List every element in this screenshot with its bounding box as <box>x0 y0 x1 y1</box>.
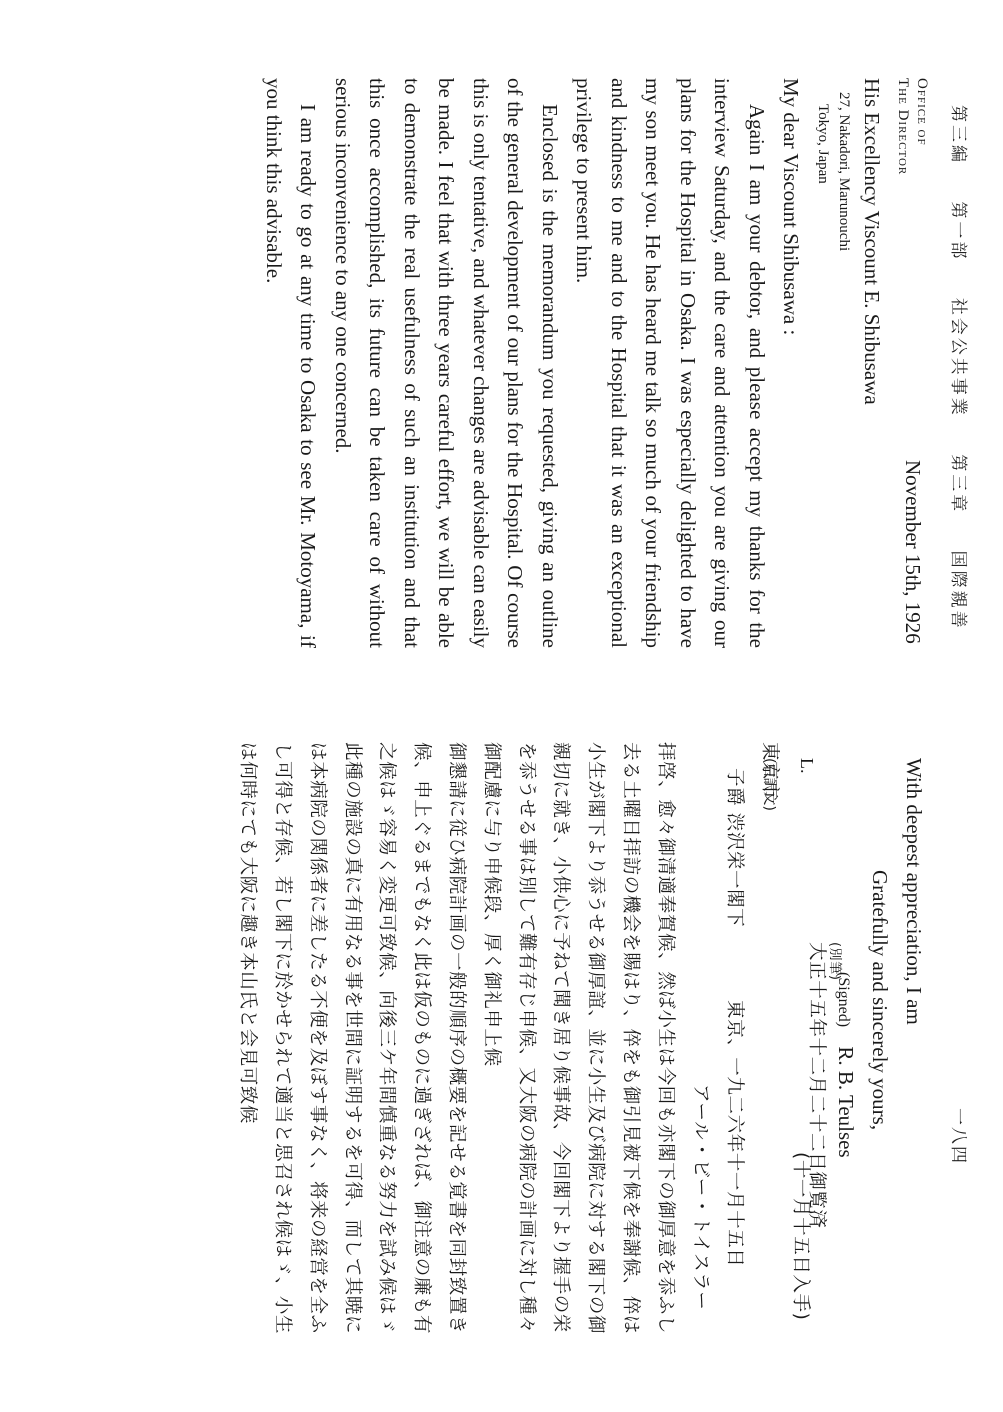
letter-paragraph-2: Enclosed is the memorandum you requested… <box>326 78 568 648</box>
translation-line: を忝うせる事は別して難有存じ申候、又大阪の病院の計画に対し種々 <box>508 742 543 1342</box>
running-head-part: 第三編 <box>948 105 968 165</box>
running-head-section: 第一部 <box>948 201 968 261</box>
translation-line: 之候はゞ容易く変更可致候、向後三ケ年間慎重なる努力を試み候はゞ <box>369 742 404 1342</box>
translation-line: 親切に就き、小供心に予ねて聞き居り候事故、今回閣下より握手の栄 <box>543 742 578 1342</box>
letterhead: Office of The Director <box>893 78 931 648</box>
page-number: 一八四 <box>948 1108 973 1165</box>
translation-body: 拝啓、愈々御清適奉賀候、然ば小生は今回も亦閣下の御厚意を忝ふし 去る土曜日拝訪の… <box>229 742 681 1342</box>
closing-line-1: With deepest appreciation, I am <box>897 758 931 1318</box>
running-head-topic: 国際親善 <box>948 551 968 631</box>
translation-line: 御懇請に従ひ病院計画の一般的順序の概要を記せる覚書を同封致置き <box>438 742 473 1342</box>
running-head: 第三編 第一部 社会公共事業 第三章 国際親善 <box>948 105 973 659</box>
address-line-1: 27, Nakadori, Marunouchi <box>834 92 855 648</box>
translation-header: (別筆) 大正十五年十二月二十二日御覧済 (十一月十五日入手) <box>786 742 821 1342</box>
translation-sender-row: アール・ビー・トイスラー <box>682 742 717 1342</box>
document-page: 第三編 第一部 社会公共事業 第三章 国際親善 一八四 November 15t… <box>0 0 1003 1412</box>
address-line-2: Tokyo, Japan <box>813 104 834 648</box>
closing-line-2: Gratefully and sincerely yours, <box>863 870 897 1318</box>
letterhead-line-2: The Director <box>893 78 912 648</box>
translation-line: は本病院の関係者に差したる不便を及ぼす事なく、将来の経営を全ふ <box>299 742 334 1342</box>
translation-line: し可得と存候、若し閣下に於かせられて適当と思召され候はゞ、小生 <box>264 742 299 1342</box>
salutation: My dear Viscount Shibusawa : <box>774 78 809 648</box>
received-date: (十一月十五日入手) <box>782 1152 817 1320</box>
addressee-city: 東京市 <box>751 742 786 799</box>
addressee-name-jp: 子爵 渋沢栄一閣下 <box>717 768 752 927</box>
english-letter: Office of The Director His Excellency Vi… <box>257 78 932 648</box>
translation-line: 御配慮に与り申候段、厚く御礼申上候 <box>473 742 508 1342</box>
translation-line: 拝啓、愈々御清適奉賀候、然ば小生は今回も亦閣下の御厚意を忝ふし <box>647 742 682 1342</box>
running-head-chapter: 第三章 <box>948 454 968 514</box>
addressee: His Excellency Viscount E. Shibusawa <box>855 78 890 648</box>
translation-addressee-row: 子爵 渋沢栄一閣下 東京、一九二六年十一月十五日 <box>717 742 752 1342</box>
letterhead-line-1: Office of <box>912 78 931 648</box>
translation-line: 小生が閣下より忝うせる御厚誼、並に小生及び病院に対する閣下の御 <box>577 742 612 1342</box>
translation-address-row: 東京市 <box>751 742 786 1342</box>
japanese-translation: (別筆) 大正十五年十二月二十二日御覧済 (十一月十五日入手) 東京市 子爵 渋… <box>229 742 821 1342</box>
sender-date-jp: 東京、一九二六年十一月十五日 <box>717 1000 752 1267</box>
signer-name: R. B. Teulses <box>834 1046 858 1157</box>
running-head-category: 社会公共事業 <box>948 298 968 418</box>
translation-line: 此種の施設の真に有用なる事を世間に証明するを可得、而して其暁に <box>334 742 369 1342</box>
letter-paragraph-3: I am ready to go at any time to Osaka to… <box>257 78 326 648</box>
sender-name-jp: アール・ビー・トイスラー <box>682 1084 717 1310</box>
translation-line: 去る土曜日拝訪の機会を賜はり、倅をも御引見被下候を奉謝候、倅は <box>612 742 647 1342</box>
translation-line: は何時にても大阪に趣き本山氏と会見可致候 <box>229 742 264 1342</box>
translation-line: 候、申上ぐるまでもなく此は仮のものに過ぎざれば、御注意の廉も有 <box>403 742 438 1342</box>
letter-paragraph-1: Again I am your debtor, and please accep… <box>567 78 774 648</box>
